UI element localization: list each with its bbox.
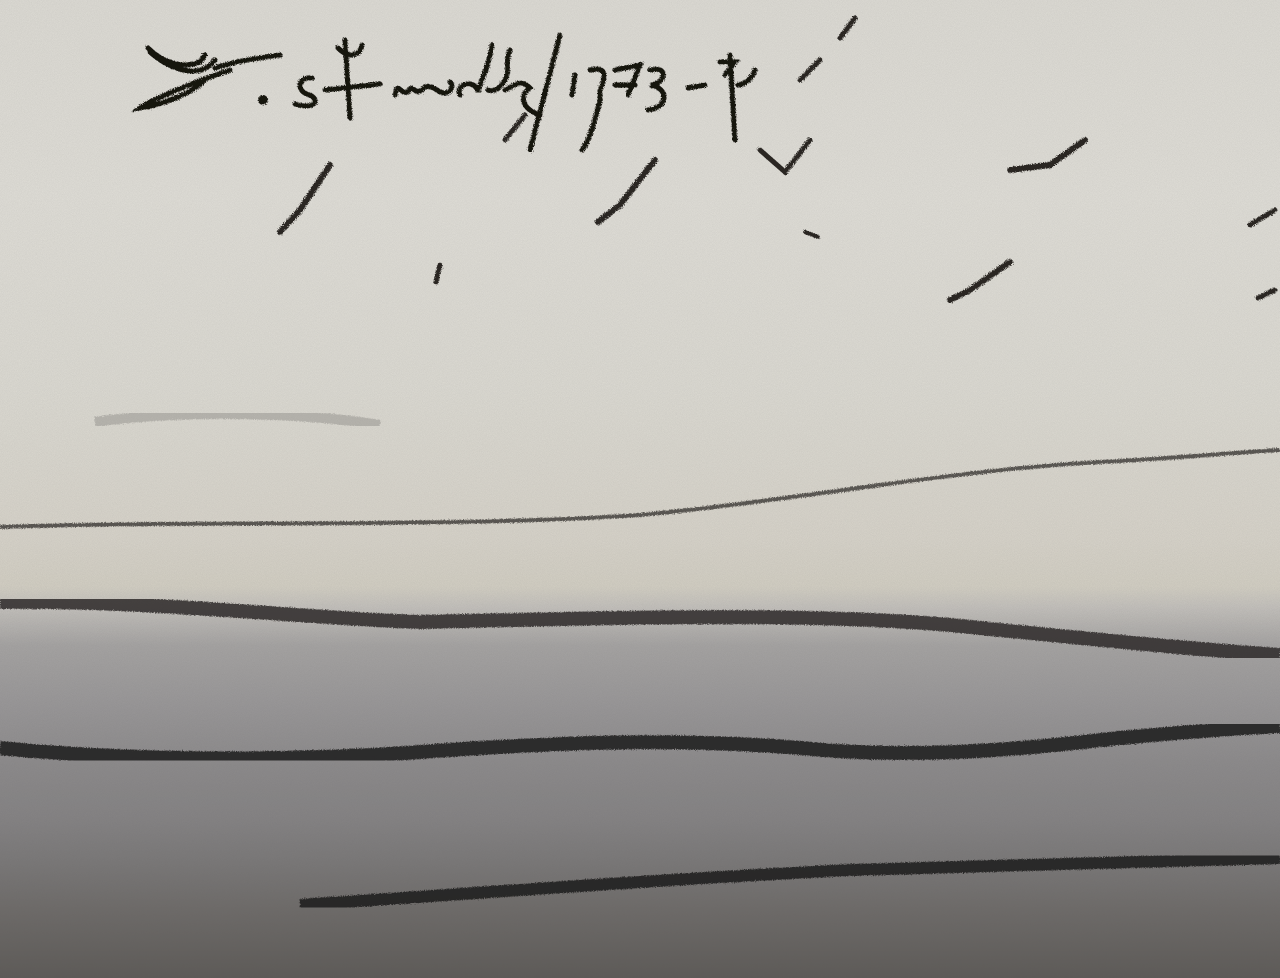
drawing-canvas: J. Štursáček / 1973-74 (0, 0, 1280, 978)
charcoal-strokes (0, 0, 1280, 978)
paper-grain (0, 0, 1280, 978)
